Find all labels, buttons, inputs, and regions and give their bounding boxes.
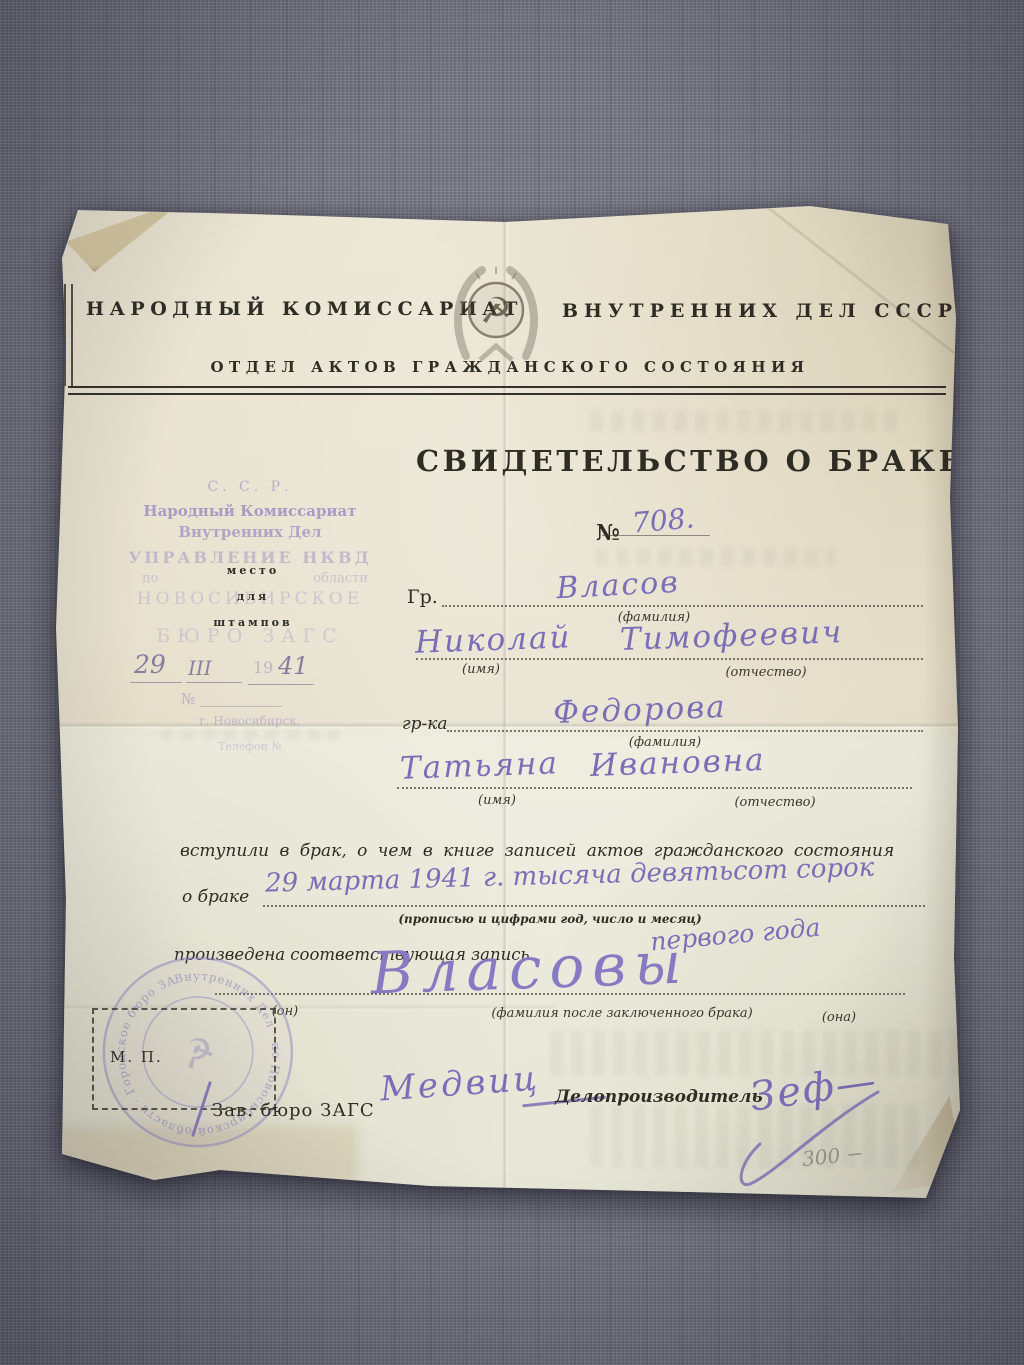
- groom-label: Гр.: [407, 586, 438, 608]
- patronymic-hint: (отчество): [696, 665, 836, 680]
- margin-mark: [64, 284, 66, 386]
- groom-patronymic-handwriting: Тимофеевич: [619, 614, 843, 658]
- stamp-org1: Народный Комиссариат: [90, 502, 410, 520]
- bride-surname-line: [447, 728, 923, 732]
- date-hint: (прописью и цифрами год, число и месяц): [390, 912, 710, 926]
- stamp-org4-left: по: [142, 571, 159, 586]
- groom-name-line: [416, 656, 923, 660]
- bleed-through-smudge: [590, 410, 900, 432]
- double-rule: [68, 386, 946, 395]
- stamp-org4-right: области: [313, 571, 368, 586]
- stamp-city: г. Новосибирск,: [150, 714, 350, 728]
- paper-wrap: НАРОДНЫЙ КОМИССАРИАТ ☭ ВНУТРЕННИХ ДЕЛ СС…: [50, 198, 970, 1220]
- groom-surname-handwriting: Власов: [507, 562, 729, 608]
- married-surname-line: [215, 991, 905, 995]
- stamp-date-underline: [248, 684, 314, 685]
- she-hint: (она): [804, 1010, 874, 1025]
- stamp-street-smudge: [160, 730, 340, 740]
- bride-surname-handwriting: Федорова: [544, 689, 735, 732]
- name-hint: (имя): [447, 793, 547, 808]
- marriage-label: о браке: [182, 887, 249, 907]
- place-for-stamp-2: для: [193, 590, 313, 603]
- patronymic-hint: (отчество): [705, 795, 845, 810]
- clerk-signature-flourish: [728, 1086, 908, 1196]
- stamp-date-day: 29: [134, 650, 166, 679]
- stamp-ssr: С. С. Р.: [90, 479, 410, 495]
- registrar-label: Зав. бюро ЗАГС: [212, 1100, 375, 1121]
- number-label: №: [596, 520, 620, 546]
- marriage-certificate: НАРОДНЫЙ КОМИССАРИАТ ☭ ВНУТРЕННИХ ДЕЛ СС…: [50, 198, 970, 1220]
- seal-place-box: М. П.: [92, 1008, 276, 1110]
- stamp-date-month: III: [188, 656, 212, 680]
- stamp-year-printed: 19: [253, 658, 273, 677]
- department-line: ОТДЕЛ АКТОВ ГРАЖДАНСКОГО СОСТОЯНИЯ: [110, 358, 910, 376]
- married-surname-hint: (фамилия после заключенного брака): [442, 1006, 802, 1021]
- stamp-date-underline: [130, 682, 182, 683]
- place-for-stamp-1: место: [193, 564, 313, 577]
- dog-ear-top-left: [66, 200, 184, 272]
- stamp-year-hand: 41: [278, 652, 309, 680]
- margin-mark: [71, 284, 73, 386]
- certificate-title: СВИДЕТЕЛЬСТВО О БРАКЕ: [416, 444, 916, 478]
- stamp-no-line: [200, 706, 282, 707]
- number-underline: [602, 534, 710, 536]
- groom-name-handwriting: Николай: [414, 619, 572, 660]
- stamp-date-underline: [186, 682, 242, 683]
- hammer-sickle-glyph: ☭: [480, 291, 512, 332]
- name-hint: (имя): [431, 662, 531, 677]
- marriage-date-line: [263, 903, 925, 907]
- seal-label: М. П.: [110, 1048, 163, 1066]
- photo-background: НАРОДНЫЙ КОМИССАРИАТ ☭ ВНУТРЕННИХ ДЕЛ СС…: [0, 0, 1024, 1365]
- bride-patronymic-handwriting: Ивановна: [589, 742, 766, 784]
- stamp-phone: Телефон №: [175, 740, 325, 753]
- bride-name-line: [397, 785, 912, 789]
- corner-stamp-block: С. С. Р. Народный Комиссариат Внутренних…: [90, 468, 410, 768]
- stamp-no-label: №: [181, 690, 195, 708]
- stamp-org2: Внутренних Дел: [90, 523, 410, 541]
- ussr-emblem-icon: ☭: [450, 262, 542, 368]
- place-for-stamp-3: штампов: [193, 616, 313, 629]
- bride-label: гр-ка: [402, 714, 448, 734]
- bleed-through-smudge: [550, 1030, 970, 1076]
- org-name-right: ВНУТРЕННИХ ДЕЛ СССР: [562, 300, 958, 322]
- bride-name-handwriting: Татьяна: [399, 745, 559, 787]
